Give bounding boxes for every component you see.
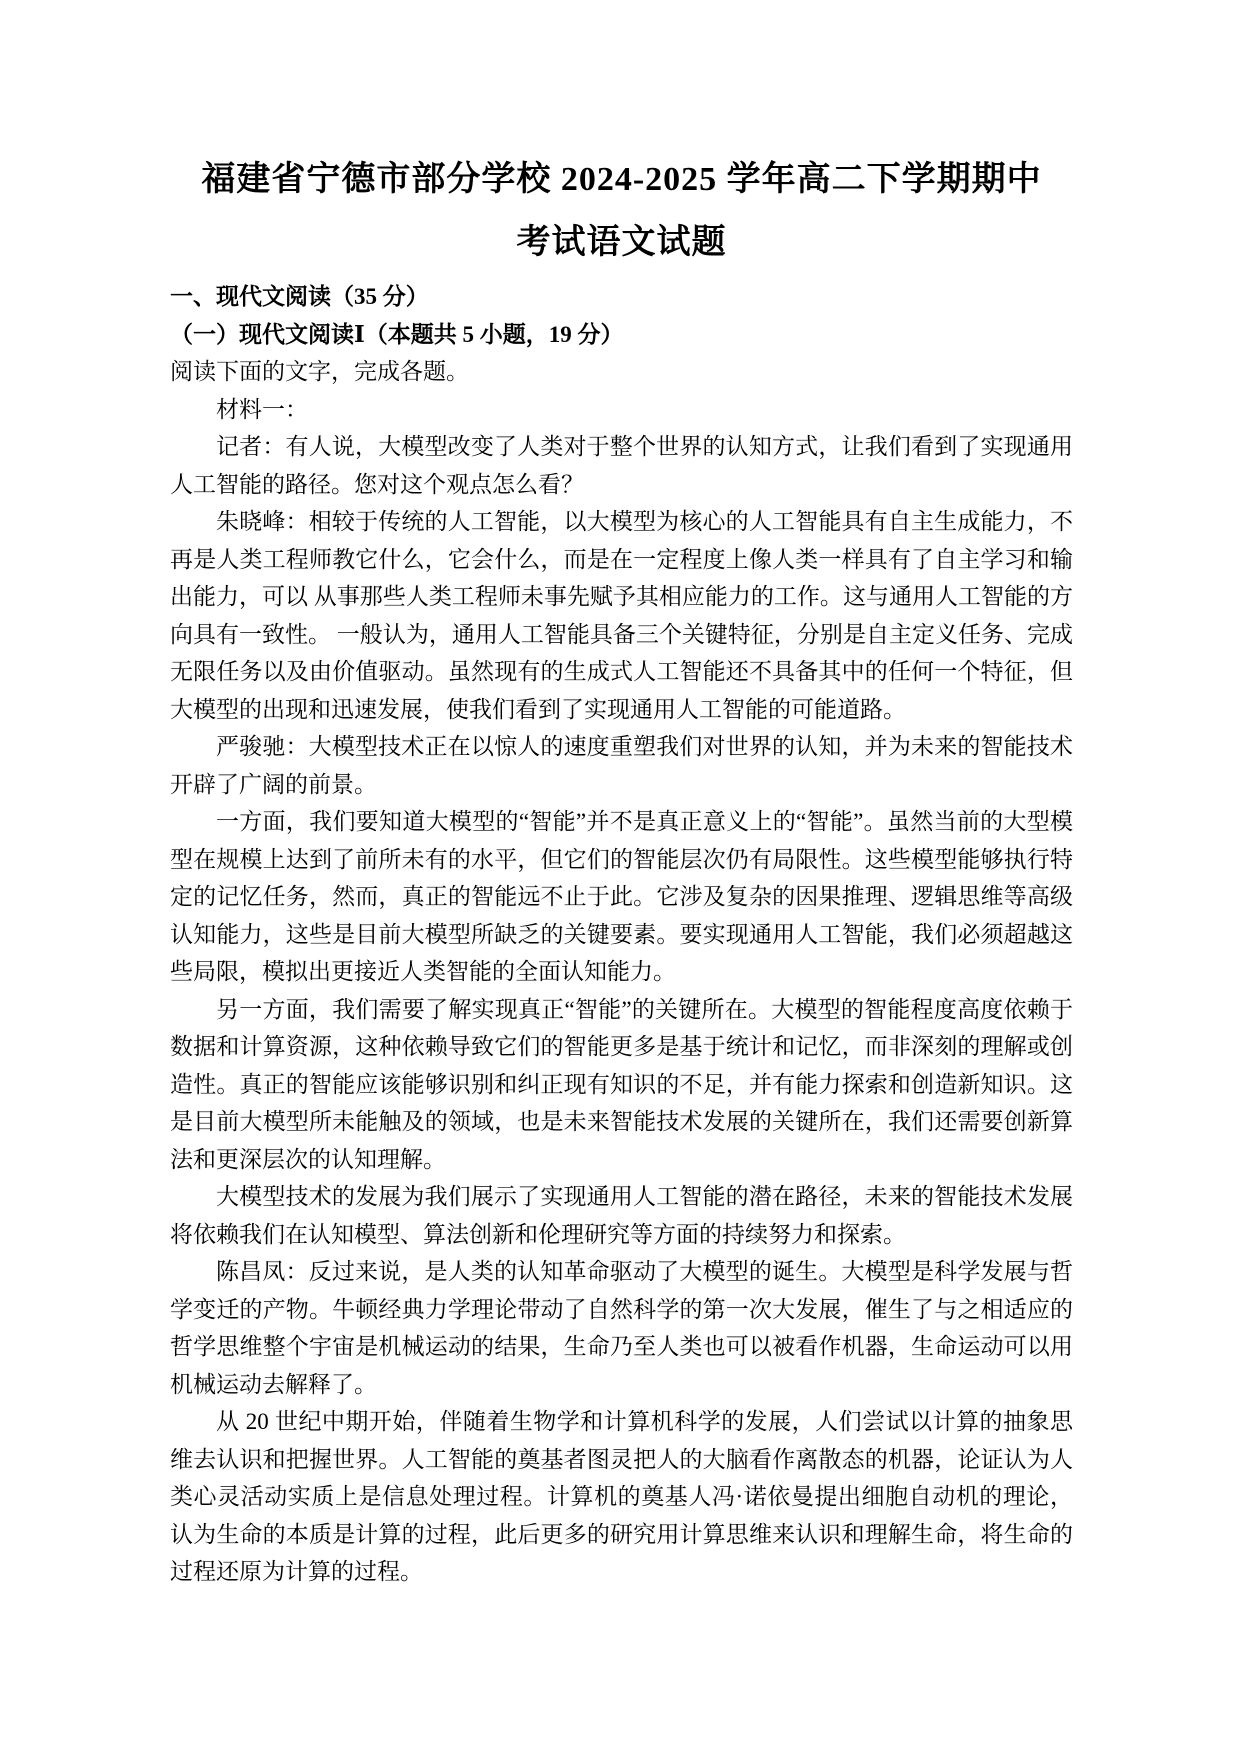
passage-paragraph: 严骏驰：大模型技术正在以惊人的速度重塑我们对世界的认知，并为未来的智能技术开辟了… bbox=[170, 728, 1073, 803]
passage-paragraph: 从 20 世纪中期开始，伴随着生物学和计算机科学的发展，人们尝试以计算的抽象思维… bbox=[170, 1403, 1073, 1591]
passage-body: 材料一：记者：有人说，大模型改变了人类对于整个世界的认知方式，让我们看到了实现通… bbox=[170, 391, 1073, 1591]
document-title: 福建省宁德市部分学校 2024-2025 学年高二下学期期中 考试语文试题 bbox=[170, 148, 1073, 274]
document-title-line1: 福建省宁德市部分学校 2024-2025 学年高二下学期期中 bbox=[170, 148, 1073, 211]
passage-paragraph: 另一方面，我们需要了解实现真正“智能”的关键所在。大模型的智能程度高度依赖于数据… bbox=[170, 991, 1073, 1179]
passage-paragraph: 一方面，我们要知道大模型的“智能”并不是真正意义上的“智能”。虽然当前的大型模型… bbox=[170, 803, 1073, 991]
passage-paragraph: 陈昌凤：反过来说，是人类的认知革命驱动了大模型的诞生。大模型是科学发展与哲学变迁… bbox=[170, 1253, 1073, 1403]
document-page: 福建省宁德市部分学校 2024-2025 学年高二下学期期中 考试语文试题 一、… bbox=[0, 0, 1240, 1754]
section-heading-modern-reading: 一、现代文阅读（35 分） bbox=[170, 278, 1073, 316]
passage-paragraph: 材料一： bbox=[170, 391, 1073, 429]
passage-paragraph: 朱晓峰：相较于传统的人工智能，以大模型为核心的人工智能具有自主生成能力，不再是人… bbox=[170, 503, 1073, 728]
passage-paragraph: 记者：有人说，大模型改变了人类对于整个世界的认知方式，让我们看到了实现通用人工智… bbox=[170, 428, 1073, 503]
document-title-line2: 考试语文试题 bbox=[170, 211, 1073, 274]
passage-paragraph: 大模型技术的发展为我们展示了实现通用人工智能的潜在路径，未来的智能技术发展将依赖… bbox=[170, 1178, 1073, 1253]
reading-instruction: 阅读下面的文字，完成各题。 bbox=[170, 353, 1073, 391]
subsection-heading-reading-1: （一）现代文阅读Ⅰ（本题共 5 小题，19 分） bbox=[170, 316, 1073, 354]
